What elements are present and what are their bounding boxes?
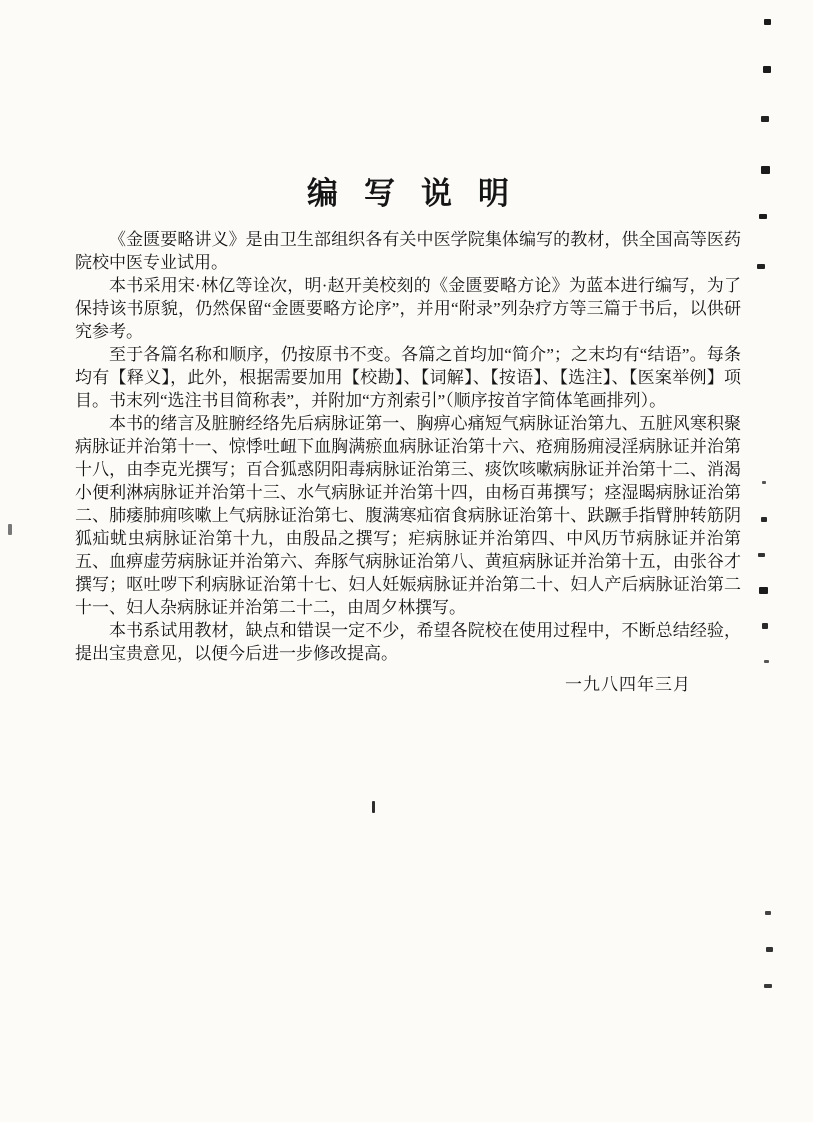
paragraph-authors: 本书的绪言及脏腑经络先后病脉证第一、胸痹心痛短气病脉证治第九、五脏风寒积聚病脉证… [75, 412, 741, 619]
scan-speck [763, 66, 771, 73]
page-title: 编写说明 [75, 168, 741, 213]
scan-speck [761, 166, 770, 174]
paragraph-closing: 本书系试用教材，缺点和错误一定不少，希望各院校在使用过程中，不断总结经验，提出宝… [75, 619, 741, 665]
scan-speck [761, 116, 769, 122]
scan-speck [765, 911, 771, 915]
scan-speck [764, 660, 769, 663]
scan-speck [8, 524, 12, 535]
scan-speck [761, 517, 767, 522]
scan-speck [759, 214, 767, 219]
paragraph-source-edition: 本书采用宋·林亿等诠次，明·赵开美校刻的《金匮要略方论》为蓝本进行编写，为了保持… [75, 274, 741, 343]
body-text: 《金匮要略讲义》是由卫生部组织各有关中医学院集体编写的教材，供全国高等医药院校中… [75, 228, 741, 665]
scan-speck [764, 19, 771, 25]
scan-speck [762, 623, 768, 629]
scan-speck [759, 587, 768, 594]
paragraph-intro: 《金匮要略讲义》是由卫生部组织各有关中医学院集体编写的教材，供全国高等医药院校中… [75, 228, 741, 274]
paragraph-structure: 至于各篇名称和顺序，仍按原书不变。各篇之首均加“简介”；之末均有“结语”。每条均… [75, 343, 741, 412]
scan-speck [764, 984, 772, 988]
scan-speck [766, 947, 773, 952]
document-page: 编写说明 《金匮要略讲义》是由卫生部组织各有关中医学院集体编写的教材，供全国高等… [0, 0, 813, 1122]
scan-speck [372, 801, 375, 813]
scan-speck [758, 553, 765, 557]
scan-speck [762, 481, 766, 484]
text-block: 编写说明 《金匮要略讲义》是由卫生部组织各有关中医学院集体编写的教材，供全国高等… [75, 0, 741, 696]
scan-speck [757, 264, 765, 269]
date-line: 一九八四年三月 [75, 673, 741, 696]
